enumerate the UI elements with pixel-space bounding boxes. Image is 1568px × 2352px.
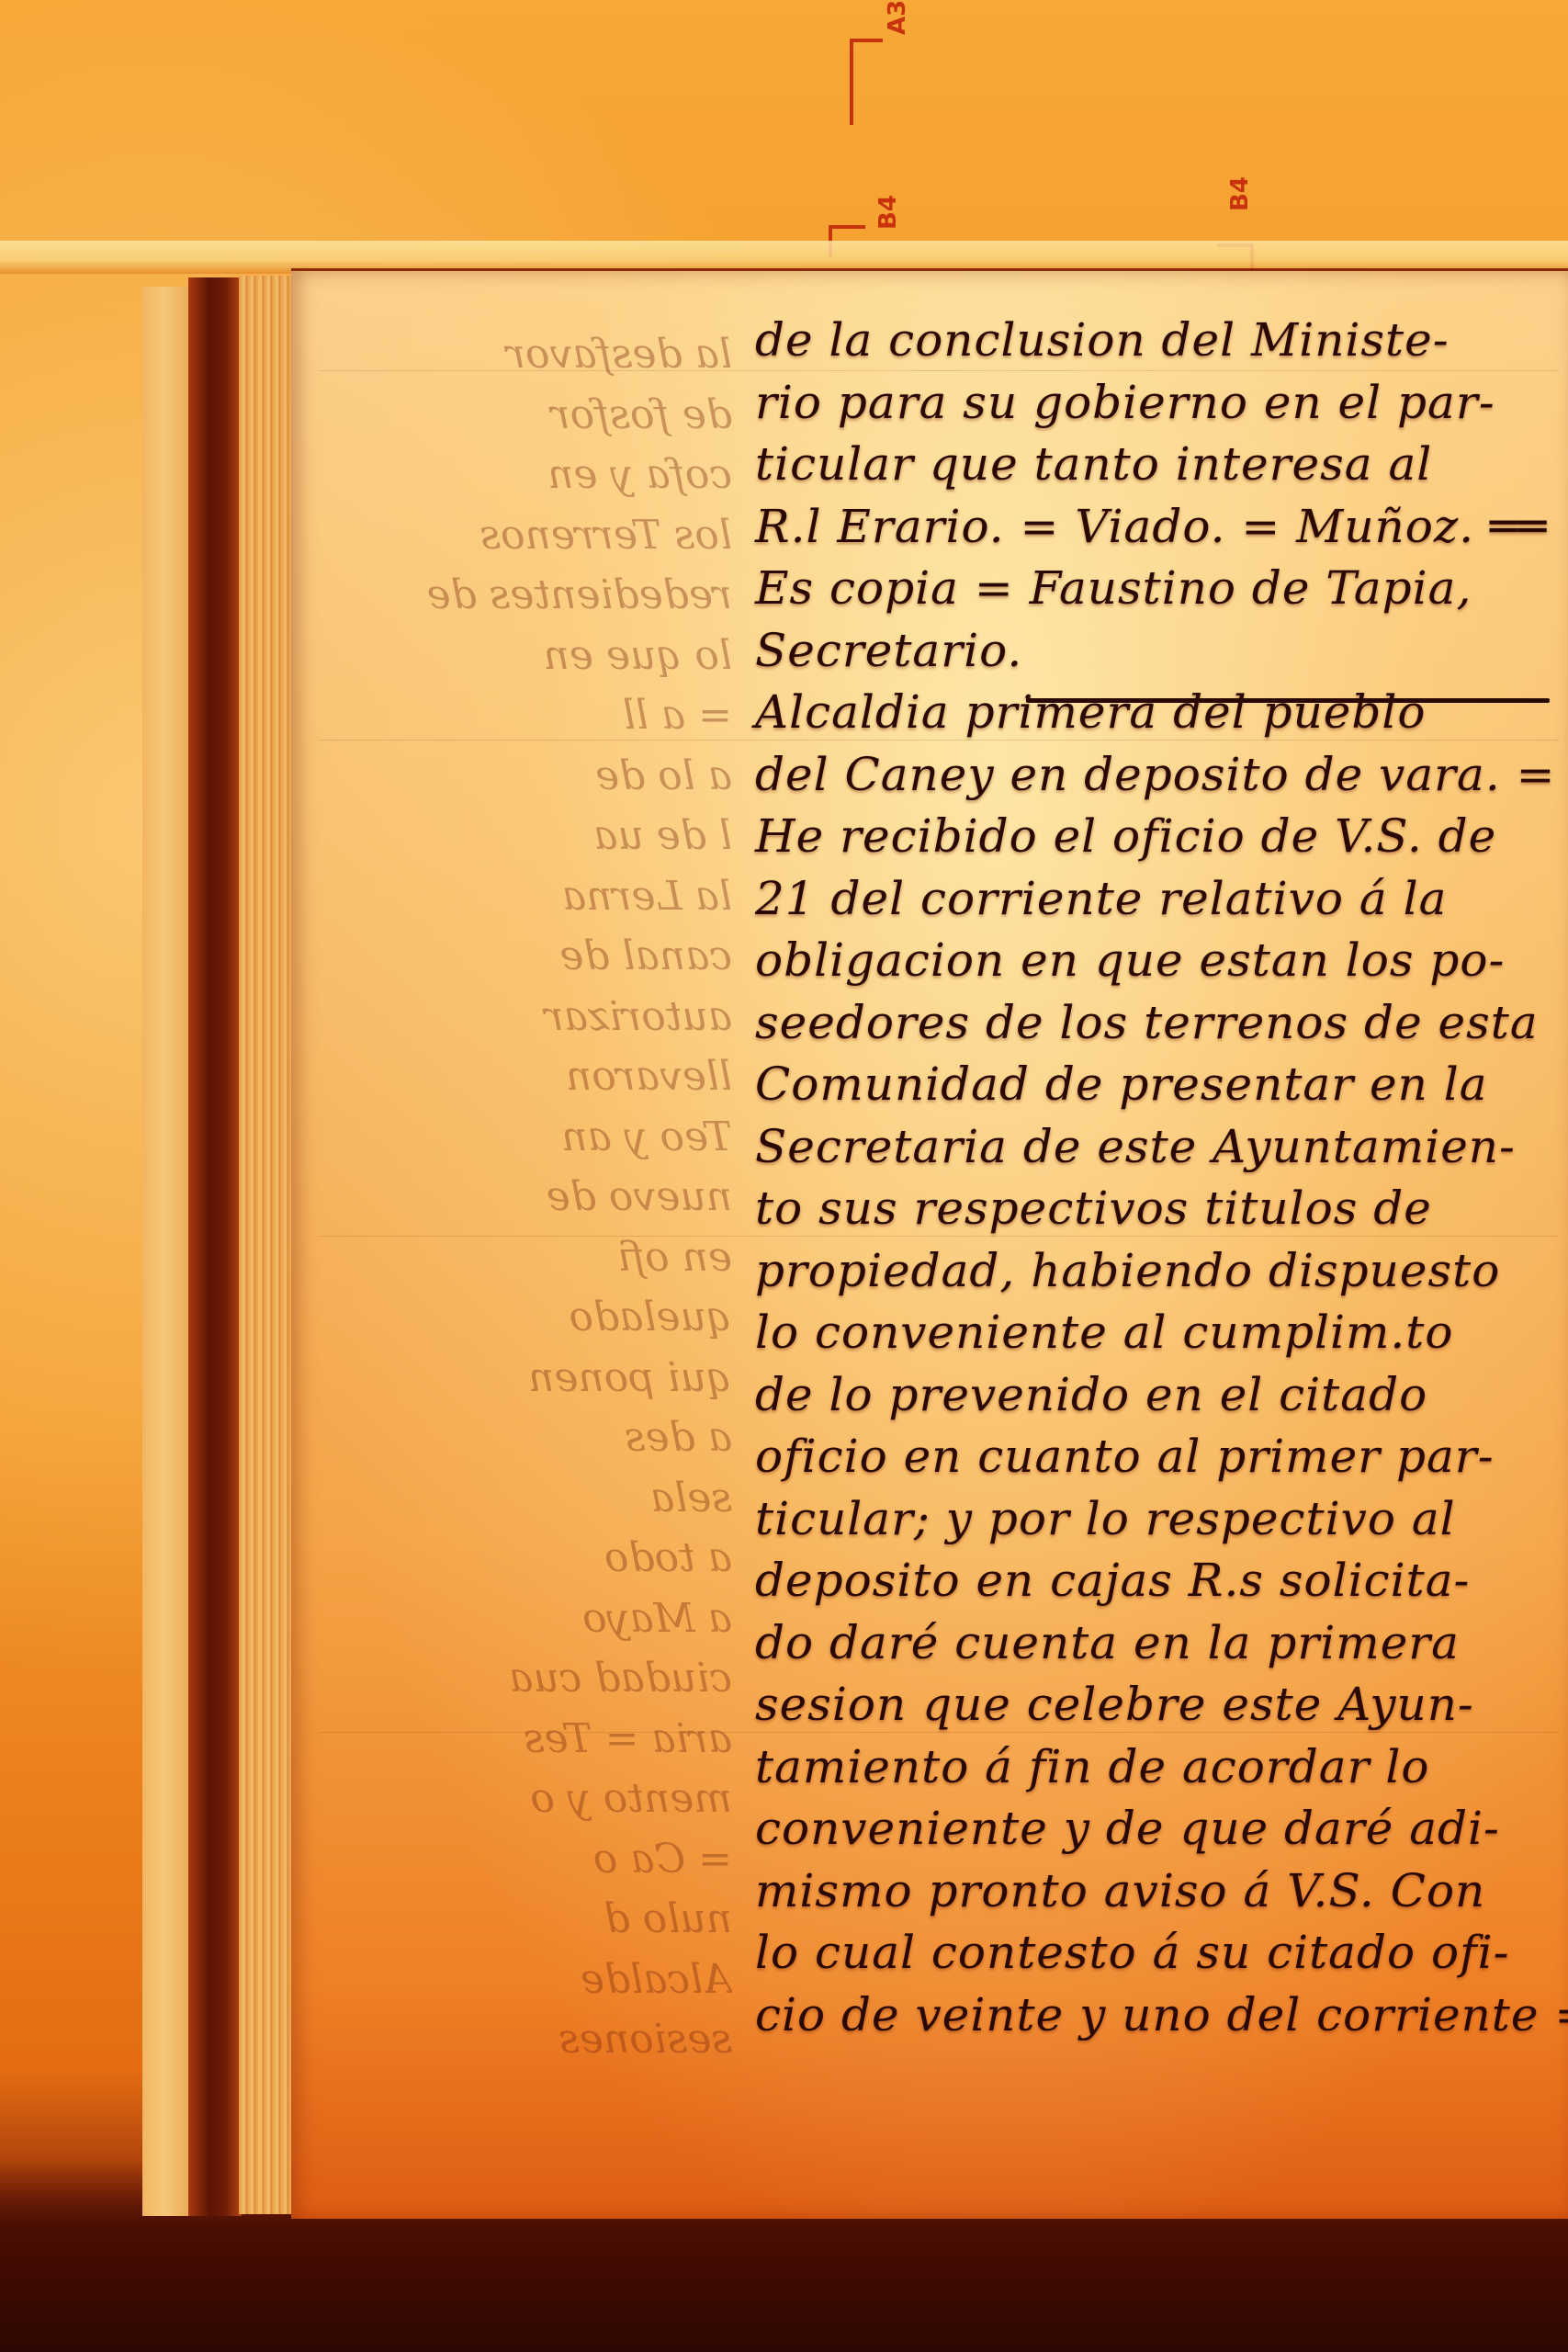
bleed-line: nulo d xyxy=(328,1889,732,1950)
text-line: R.l Erario. = Viado. = Muñoz. ══ xyxy=(755,496,1563,559)
text-line: to sus respectivos titulos de xyxy=(755,1178,1563,1240)
bleed-line: a todo xyxy=(328,1528,732,1589)
bleed-line: los Terrenos xyxy=(328,505,732,566)
bleed-line: lo que en xyxy=(328,626,732,686)
bleed-line: Alcalde xyxy=(328,1950,732,2010)
book-spine xyxy=(188,277,242,2216)
text-line: de la conclusion del Ministe- xyxy=(755,310,1563,372)
bleed-line: Teo y an xyxy=(328,1107,732,1168)
bleed-line: quelado xyxy=(328,1287,732,1348)
text-line: He recibido el oficio de V.S. de xyxy=(755,806,1563,868)
text-line: lo cual contesto á su citado ofi- xyxy=(755,1922,1563,1984)
bleed-line: = a ll xyxy=(328,685,732,746)
text-line: rio para su gobierno en el par- xyxy=(755,372,1563,435)
text-line: Es copia = Faustino de Tapia, xyxy=(755,558,1563,620)
manuscript-page: la desfavor de fosfor cofa y en los Terr… xyxy=(291,268,1568,2219)
text-line: ticular; y por lo respectivo al xyxy=(755,1488,1563,1551)
text-line: seedores de los terrenos de esta xyxy=(755,992,1563,1055)
text-line: de lo prevenido en el citado xyxy=(755,1364,1563,1427)
bleed-line: rededientes de xyxy=(328,565,732,626)
text-line: oficio en cuanto al primer par- xyxy=(755,1426,1563,1488)
bleed-line: llevaron xyxy=(328,1046,732,1107)
bleed-line: = Ca o xyxy=(328,1829,732,1890)
text-line: obligacion en que estan los po- xyxy=(755,930,1563,992)
text-line: do daré cuenta en la primera xyxy=(755,1612,1563,1675)
bleed-line: a des xyxy=(328,1408,732,1468)
page-stack xyxy=(239,276,294,2214)
bleed-line: en ofi xyxy=(328,1227,732,1288)
text-line: conveniente y de que daré adi- xyxy=(755,1798,1563,1860)
bleed-line: nuevo de xyxy=(328,1167,732,1227)
crop-label-b4-left: B4 xyxy=(874,195,902,230)
text-line: lo conveniente al cumplim.to xyxy=(755,1302,1563,1364)
bleed-line: l de ua xyxy=(328,806,732,866)
crop-mark-a3 xyxy=(850,39,883,125)
bound-volume: la desfavor de fosfor cofa y en los Terr… xyxy=(142,268,1568,2234)
text-line: Alcaldia primera del pueblo xyxy=(755,682,1563,744)
text-line: 21 del corriente relativo á la xyxy=(755,868,1563,931)
bleed-line: de fosfor xyxy=(328,385,732,446)
text-line: ticular que tanto interesa al xyxy=(755,434,1563,496)
text-line: Secretaria de este Ayuntamien- xyxy=(755,1116,1563,1179)
bleed-line: la Lerna xyxy=(328,866,732,927)
bleed-line: la desfavor xyxy=(328,324,732,385)
bleed-line: ciudad cua xyxy=(328,1648,732,1709)
text-line: cio de veinte y uno del corriente = xyxy=(755,1984,1563,2047)
bleed-line: autorizar xyxy=(328,987,732,1047)
text-line: del Caney en deposito de vara. = xyxy=(755,744,1563,807)
bleed-line: mento y o xyxy=(328,1769,732,1829)
text-line: propiedad, habiendo dispuesto xyxy=(755,1240,1563,1303)
text-line: Secretario. xyxy=(755,620,1563,683)
crop-label-a3: A3 xyxy=(884,0,911,35)
text-line: mismo pronto aviso á V.S. Con xyxy=(755,1860,1563,1923)
text-line: sesion que celebre este Ayun- xyxy=(755,1674,1563,1736)
bleed-line: canal de xyxy=(328,926,732,987)
text-line: deposito en cajas R.s solicita- xyxy=(755,1550,1563,1612)
bleed-line: sela xyxy=(328,1468,732,1529)
section-divider xyxy=(1026,698,1550,703)
bleed-line: cofa y en xyxy=(328,445,732,505)
bleed-line: qui ponen xyxy=(328,1348,732,1408)
bleed-line: aria = Tes xyxy=(328,1709,732,1770)
text-line: tamiento á fin de acordar lo xyxy=(755,1736,1563,1799)
bleed-through-text: la desfavor de fosfor cofa y en los Terr… xyxy=(328,324,732,2070)
bleed-line: a Mayo xyxy=(328,1589,732,1649)
manuscript-text: de la conclusion del Ministe- rio para s… xyxy=(755,310,1563,2046)
bleed-line: sesiones xyxy=(328,2009,732,2070)
bleed-line: a lo de xyxy=(328,746,732,807)
crop-label-b4-right: B4 xyxy=(1226,176,1254,211)
text-line: Comunidad de presentar en la xyxy=(755,1054,1563,1116)
